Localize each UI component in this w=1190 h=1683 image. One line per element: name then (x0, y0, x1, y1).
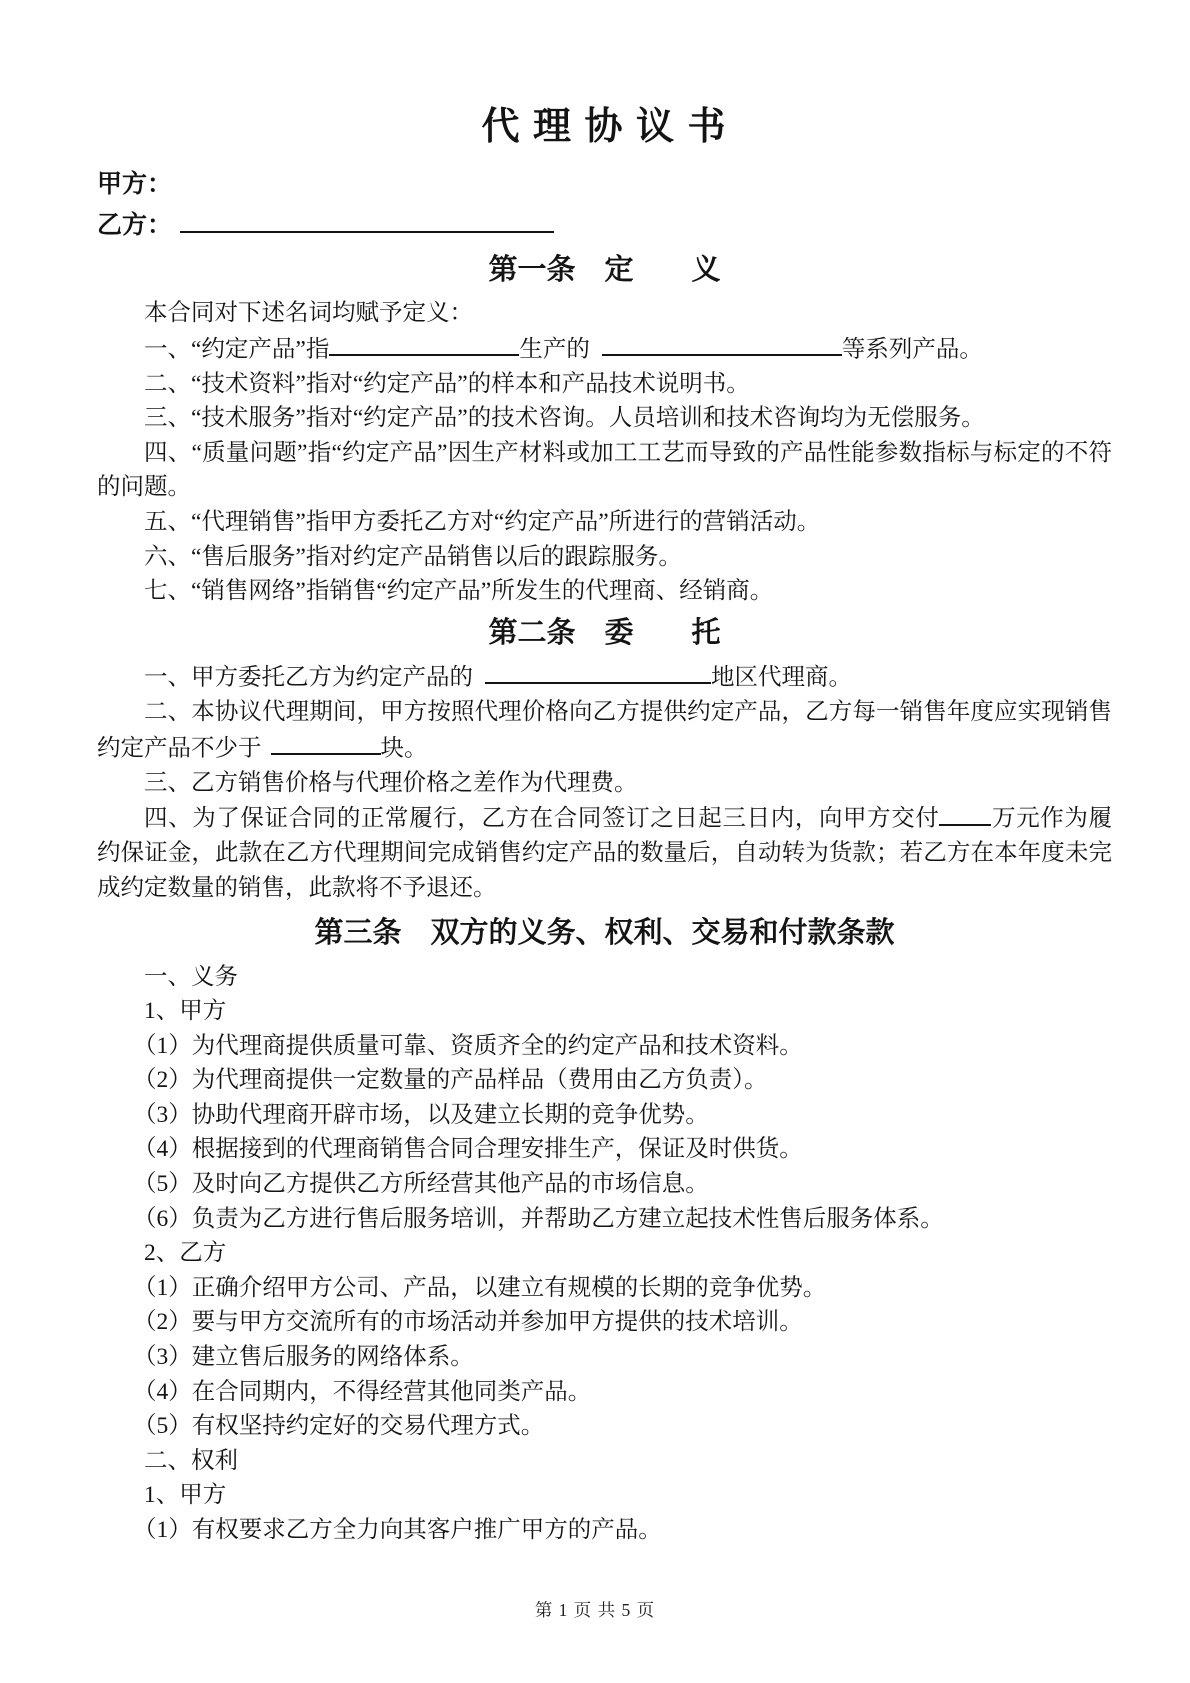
obligation-b-4: （4）在合同期内，不得经营其他同类产品。 (97, 1375, 1112, 1410)
obligation-b-3: （3）建立售后服务的网络体系。 (97, 1340, 1112, 1375)
party-b-label: 乙方： (97, 212, 172, 239)
right-a-1: （1）有权要求乙方全力向其客户推广甲方的产品。 (97, 1513, 1112, 1548)
entrust-item-2-pre: 二、本协议代理期间，甲方按照代理价格向乙方提供约定产品，乙方每一销售年度应实现销… (97, 699, 1112, 761)
party-a-label: 甲方： (97, 171, 172, 198)
section-2-heading: 第二条 委 托 (97, 613, 1112, 653)
obligations-party-a-label: 1、甲方 (97, 994, 1112, 1029)
definition-item-1: 一、“约定产品”指生产的等系列产品。 (97, 331, 1112, 367)
obligation-b-1: （1）正确介绍甲方公司、产品，以建立有规模的长期的竞争优势。 (97, 1271, 1112, 1306)
obligation-a-6: （6）负责为乙方进行售后服务培训，并帮助乙方建立起技术性售后服务体系。 (97, 1202, 1112, 1237)
region-fill-blank[interactable] (485, 659, 711, 685)
obligation-a-5: （5）及时向乙方提供乙方所经营其他产品的市场信息。 (97, 1167, 1112, 1202)
section-1-heading: 第一条 定 义 (97, 250, 1112, 290)
product-fill-blank[interactable] (602, 331, 842, 357)
party-a-line: 甲方： (97, 164, 1112, 205)
document-title: 代 理 协 议 书 (97, 104, 1112, 150)
deposit-amount-fill-blank[interactable] (939, 800, 991, 826)
quantity-fill-blank[interactable] (271, 730, 381, 756)
definition-item-1-pre: 一、“约定产品”指 (144, 336, 329, 362)
obligation-a-1: （1）为代理商提供质量可靠、资质齐全的约定产品和技术资料。 (97, 1029, 1112, 1064)
obligations-party-b-label: 2、乙方 (97, 1236, 1112, 1271)
entrust-item-2-post: 块。 (381, 735, 428, 761)
obligation-b-2: （2）要与甲方交流所有的市场活动并参加甲方提供的技术培训。 (97, 1305, 1112, 1340)
entrust-item-3: 三、乙方销售价格与代理价格之差作为代理费。 (97, 766, 1112, 801)
obligation-a-2: （2）为代理商提供一定数量的产品样品（费用由乙方负责）。 (97, 1063, 1112, 1098)
entrust-item-1-post: 地区代理商。 (711, 664, 852, 690)
definitions-intro: 本合同对下述名词均赋予定义： (97, 296, 1112, 331)
definition-item-5: 五、“代理销售”指甲方委托乙方对“约定产品”所进行的营销活动。 (97, 505, 1112, 540)
definition-item-7: 七、“销售网络”指销售“约定产品”所发生的代理商、经销商。 (97, 574, 1112, 609)
rights-party-a-label: 1、甲方 (97, 1478, 1112, 1513)
manufacturer-fill-blank[interactable] (329, 331, 519, 357)
obligations-heading: 一、义务 (97, 960, 1112, 995)
document-page: 代 理 协 议 书 甲方： 乙方： 第一条 定 义 本合同对下述名词均赋予定义：… (0, 0, 1190, 1683)
obligation-a-3: （3）协助代理商开辟市场，以及建立长期的竞争优势。 (97, 1098, 1112, 1133)
entrust-item-1: 一、甲方委托乙方为约定产品的地区代理商。 (97, 659, 1112, 695)
entrust-item-2: 二、本协议代理期间，甲方按照代理价格向乙方提供约定产品，乙方每一销售年度应实现销… (97, 695, 1112, 766)
definition-item-1-post: 等系列产品。 (842, 336, 983, 362)
obligation-a-4: （4）根据接到的代理商销售合同合理安排生产，保证及时供货。 (97, 1132, 1112, 1167)
rights-heading: 二、权利 (97, 1444, 1112, 1479)
party-b-line: 乙方： (97, 205, 1112, 246)
definition-item-6: 六、“售后服务”指对约定产品销售以后的跟踪服务。 (97, 540, 1112, 575)
entrust-item-1-pre: 一、甲方委托乙方为约定产品的 (144, 664, 473, 690)
obligation-b-5: （5）有权坚持约定好的交易代理方式。 (97, 1409, 1112, 1444)
section-3-heading: 第三条 双方的义务、权利、交易和付款条款 (97, 912, 1112, 954)
entrust-item-4: 四、为了保证合同的正常履行，乙方在合同签订之日起三日内，向甲方交付万元作为履约保… (97, 800, 1112, 905)
definition-item-4: 四、“质量问题”指“约定产品”因生产材料或加工工艺而导致的产品性能参数指标与标定… (97, 436, 1112, 505)
party-b-fill-blank[interactable] (180, 206, 554, 233)
page-footer: 第 1 页 共 5 页 (0, 1599, 1190, 1621)
definition-item-3: 三、“技术服务”指对“约定产品”的技术咨询。人员培训和技术咨询均为无偿服务。 (97, 401, 1112, 436)
definition-item-2: 二、“技术资料”指对“约定产品”的样本和产品技术说明书。 (97, 367, 1112, 402)
definition-item-1-mid: 生产的 (519, 336, 590, 362)
entrust-item-4-pre: 四、为了保证合同的正常履行，乙方在合同签订之日起三日内，向甲方交付 (144, 806, 939, 832)
